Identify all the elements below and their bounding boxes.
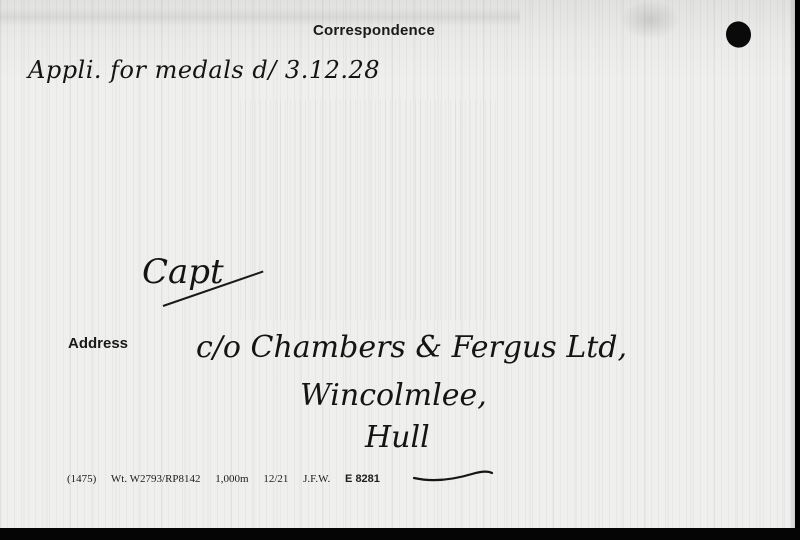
address-label: Address [68, 335, 128, 352]
footer-weight-ref: Wt. W2793/RP8142 [111, 473, 201, 485]
correspondence-card: Correspondence Appli. for medals d/ 3.12… [0, 0, 795, 528]
footer-quantity: 1,000m [215, 473, 248, 485]
scan-smudge [620, 0, 680, 40]
handwritten-address-line-3: Hull [365, 420, 430, 455]
card-edge-shadow [789, 0, 795, 528]
footer-form-number: (1475) [67, 473, 96, 485]
handwritten-address-line-2: Wincolmlee, [300, 378, 487, 413]
scan-border [0, 528, 800, 540]
print-footer: (1475) Wt. W2793/RP8142 1,000m 12/21 J.F… [67, 473, 386, 485]
handwritten-address-line-1: c/o Chambers & Fergus Ltd, [196, 330, 627, 365]
footer-date-code: 12/21 [263, 473, 288, 485]
card-heading: Correspondence [313, 22, 435, 39]
punch-hole-icon [724, 19, 753, 49]
pen-flourish-icon [412, 466, 494, 484]
footer-printer: J.F.W. [303, 473, 330, 485]
handwritten-rank: Capt [142, 252, 224, 292]
handwritten-correspondence-note: Appli. for medals d/ 3.12.28 [28, 56, 380, 84]
footer-form-code: E 8281 [345, 473, 380, 485]
scan-texture [240, 100, 500, 320]
scan-smudge [0, 8, 520, 26]
